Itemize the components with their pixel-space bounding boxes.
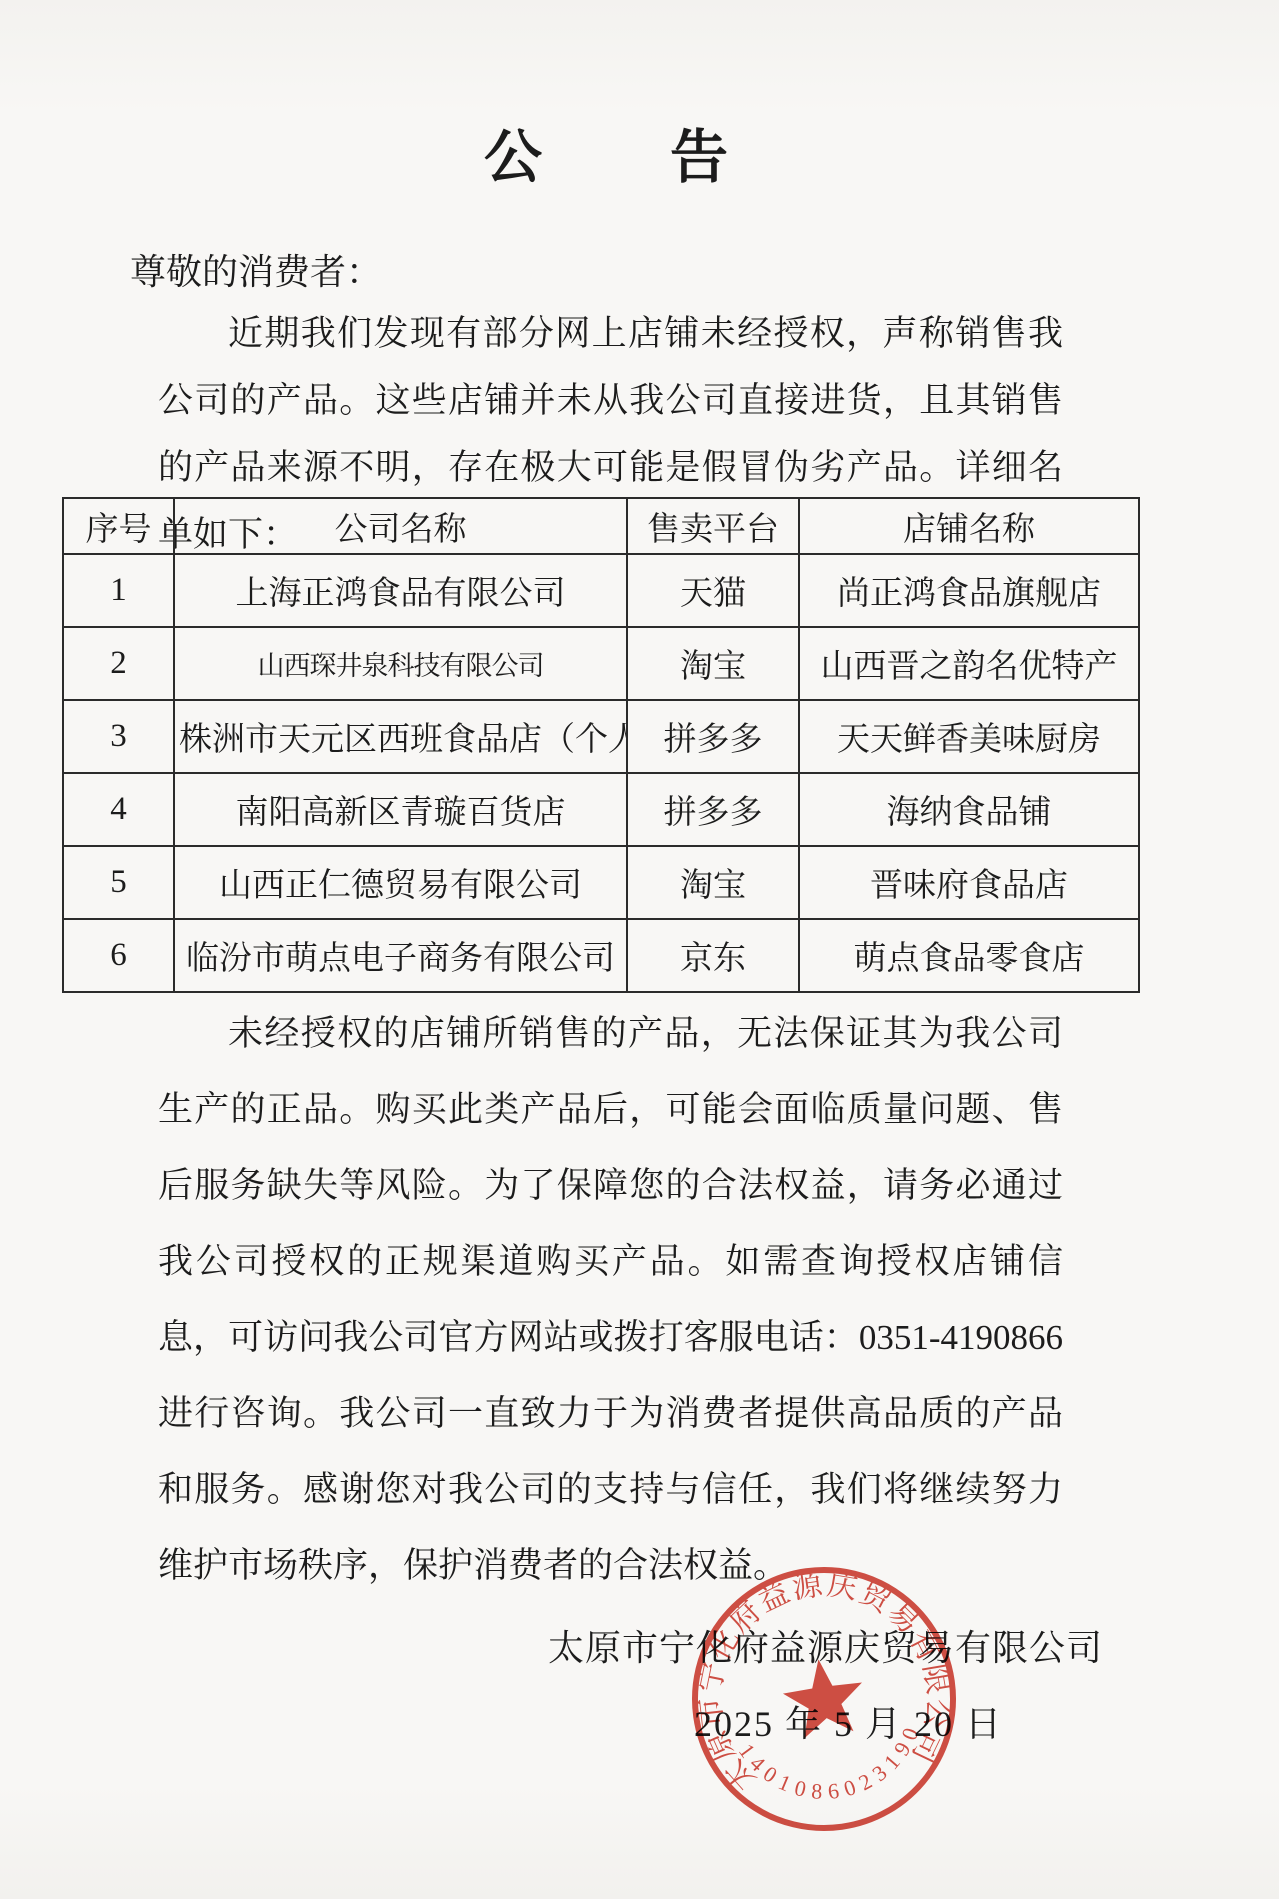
cell-store: 晋味府食品店 xyxy=(799,846,1139,919)
table-header-row: 序号 公司名称 售卖平台 店铺名称 xyxy=(63,498,1139,554)
cell-no: 2 xyxy=(63,627,174,700)
cell-no: 4 xyxy=(63,773,174,846)
cell-company: 临汾市萌点电子商务有限公司 xyxy=(174,919,627,992)
cell-no: 6 xyxy=(63,919,174,992)
signature-date: 2025 年 5 月 20 日 xyxy=(694,1696,1003,1747)
page-title: 公 告 xyxy=(158,110,1058,194)
cell-company: 上海正鸿食品有限公司 xyxy=(174,554,627,627)
cell-company: 南阳高新区青璇百货店 xyxy=(174,773,627,846)
warning-paragraph: 未经授权的店铺所销售的产品，无法保证其为我公司生产的正品。购买此类产品后，可能会… xyxy=(158,996,1063,1604)
cell-platform: 拼多多 xyxy=(627,773,799,846)
table-row: 4 南阳高新区青璇百货店 拼多多 海纳食品铺 xyxy=(63,773,1139,846)
header-store: 店铺名称 xyxy=(799,498,1139,554)
cell-no: 5 xyxy=(63,846,174,919)
cell-platform: 淘宝 xyxy=(627,846,799,919)
header-platform: 售卖平台 xyxy=(627,498,799,554)
greeting-line: 尊敬的消费者： xyxy=(130,244,382,295)
cell-platform: 拼多多 xyxy=(627,700,799,773)
cell-store: 山西晋之韵名优特产 xyxy=(799,627,1139,700)
table-row: 1 上海正鸿食品有限公司 天猫 尚正鸿食品旗舰店 xyxy=(63,554,1139,627)
cell-platform: 京东 xyxy=(627,919,799,992)
unauthorized-stores-table: 序号 公司名称 售卖平台 店铺名称 1 上海正鸿食品有限公司 天猫 尚正鸿食品旗… xyxy=(62,497,1140,993)
header-company: 公司名称 xyxy=(174,498,627,554)
cell-company: 株洲市天元区西班食品店（个人独资） xyxy=(174,700,627,773)
cell-platform: 天猫 xyxy=(627,554,799,627)
table-row: 3 株洲市天元区西班食品店（个人独资） 拼多多 天天鲜香美味厨房 xyxy=(63,700,1139,773)
table-row: 5 山西正仁德贸易有限公司 淘宝 晋味府食品店 xyxy=(63,846,1139,919)
cell-company: 山西正仁德贸易有限公司 xyxy=(174,846,627,919)
signature-company: 太原市宁化府益源庆贸易有限公司 xyxy=(548,1620,1103,1671)
cell-platform: 淘宝 xyxy=(627,627,799,700)
cell-no: 3 xyxy=(63,700,174,773)
cell-company: 山西琛井泉科技有限公司 xyxy=(174,627,627,700)
table-row: 2 山西琛井泉科技有限公司 淘宝 山西晋之韵名优特产 xyxy=(63,627,1139,700)
announcement-document: 公 告 尊敬的消费者： 近期我们发现有部分网上店铺未经授权，声称销售我公司的产品… xyxy=(0,0,1279,1899)
cell-no: 1 xyxy=(63,554,174,627)
cell-store: 天天鲜香美味厨房 xyxy=(799,700,1139,773)
table-row: 6 临汾市萌点电子商务有限公司 京东 萌点食品零食店 xyxy=(63,919,1139,992)
cell-store: 尚正鸿食品旗舰店 xyxy=(799,554,1139,627)
header-no: 序号 xyxy=(63,498,174,554)
cell-store: 海纳食品铺 xyxy=(799,773,1139,846)
cell-store: 萌点食品零食店 xyxy=(799,919,1139,992)
